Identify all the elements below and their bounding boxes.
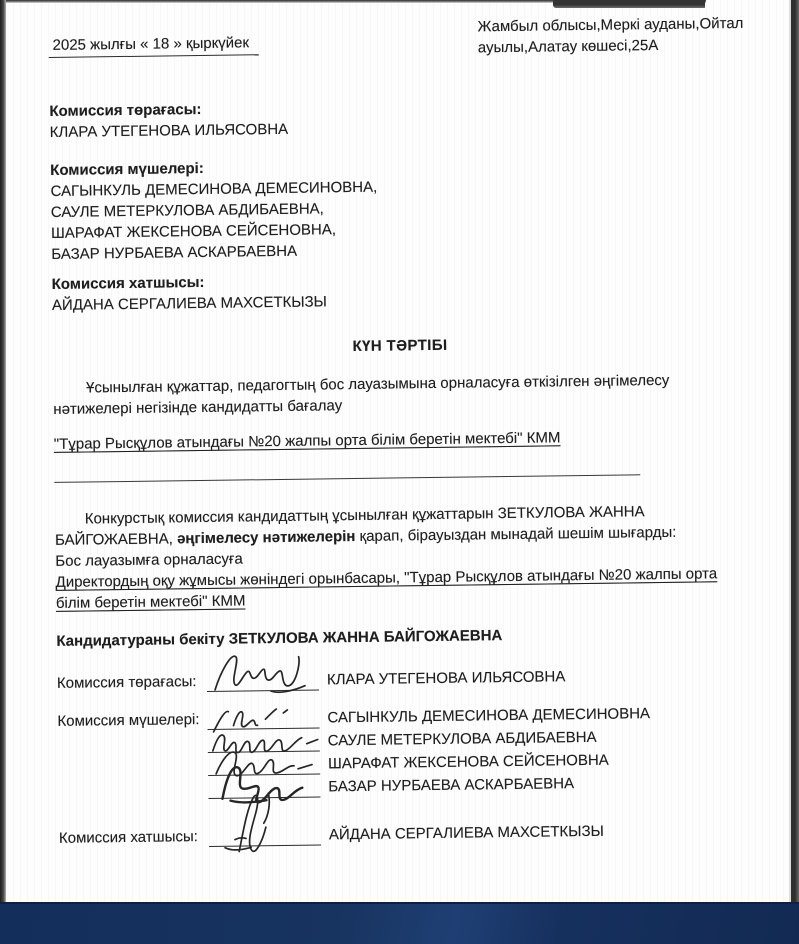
- signature-secretary-label: Комиссия хатшысы:: [59, 826, 209, 849]
- document-date: 2025 жылғы « 18 » қыркүйек: [48, 32, 259, 58]
- signature-line: [209, 826, 321, 846]
- school-name-line: "Тұрар Рысқұлов атындағы №20 жалпы орта …: [54, 425, 749, 455]
- signature-member-name: ШАРАФАТ ЖЕКСЕНОВА СЕЙСЕНОВНА: [328, 750, 609, 775]
- horizontal-rule: [54, 474, 640, 483]
- secretary-signature-icon: [210, 789, 307, 860]
- scan-edge-top-shadow: [553, 0, 705, 8]
- decision-intro-end: қарап, бірауыздан мынадай шешім шығарды:: [355, 524, 676, 545]
- signature-members-label: Комиссия мүшелері:: [57, 709, 207, 732]
- scanned-document-view: 2025 жылғы « 18 » қыркүйек Жамбыл облысы…: [0, 0, 799, 944]
- agenda-title: КҮН ТӘРТІБІ: [52, 331, 747, 361]
- document-page: 2025 жылғы « 18 » қыркүйек Жамбыл облысы…: [6, 0, 789, 904]
- signature-row-secretary: Комиссия хатшысы: АЙДАНА СЕРГАЛИЕВА МАХС…: [59, 817, 754, 849]
- agenda-body: Ұсынылған құжаттар, педагогтың бос лауаз…: [53, 369, 748, 420]
- signature-chairman-label: Комиссия төрағасы:: [57, 671, 207, 694]
- document-content: 2025 жылғы « 18 » қыркүйек Жамбыл облысы…: [6, 0, 799, 849]
- signature-chairman-name: КЛАРА УТЕГЕНОВА ИЛЬЯСОВНА: [327, 666, 566, 690]
- decision-intro-bold: әңгімелесу нәтижелерін: [177, 528, 356, 547]
- signature-secretary-name: АЙДАНА СЕРГАЛИЕВА МАХСЕТКЫЗЫ: [329, 821, 604, 846]
- scan-edge-right: [789, 0, 799, 904]
- position-line: Директордың оқу жұмысы жөніндегі орынбас…: [55, 563, 745, 614]
- address-line-1: Жамбыл облысы,Меркі ауданы,Ойтал: [477, 13, 743, 37]
- bottom-navy-bar: [0, 902, 799, 944]
- signature-member-name: САУЛЕ МЕТЕРКУЛОВА АБДИБАЕВНА: [328, 727, 597, 752]
- signature-line: [207, 671, 319, 691]
- signature-row-chairman: Комиссия төрағасы: КЛАРА УТЕГЕНОВА ИЛЬЯС…: [57, 662, 752, 694]
- document-header: 2025 жылғы « 18 » қыркүйек Жамбыл облысы…: [48, 13, 743, 64]
- address-line-2: ауылы,Алатау көшесі,25А: [478, 34, 744, 58]
- signature-member-name: САГЫНКУЛЬ ДЕМЕСИНОВА ДЕМЕСИНОВНА: [327, 703, 650, 728]
- scan-edge-left: [0, 0, 6, 904]
- document-address: Жамбыл облысы,Меркі ауданы,Ойтал ауылы,А…: [477, 13, 743, 58]
- chairman-signature-icon: [208, 645, 313, 698]
- approval-line: Кандидатураны бекіту ЗЕТКУЛОВА ЖАННА БАЙ…: [56, 622, 751, 652]
- signature-member-name: БАЗАР НУРБАЕВА АСКАРБАЕВНА: [328, 773, 574, 797]
